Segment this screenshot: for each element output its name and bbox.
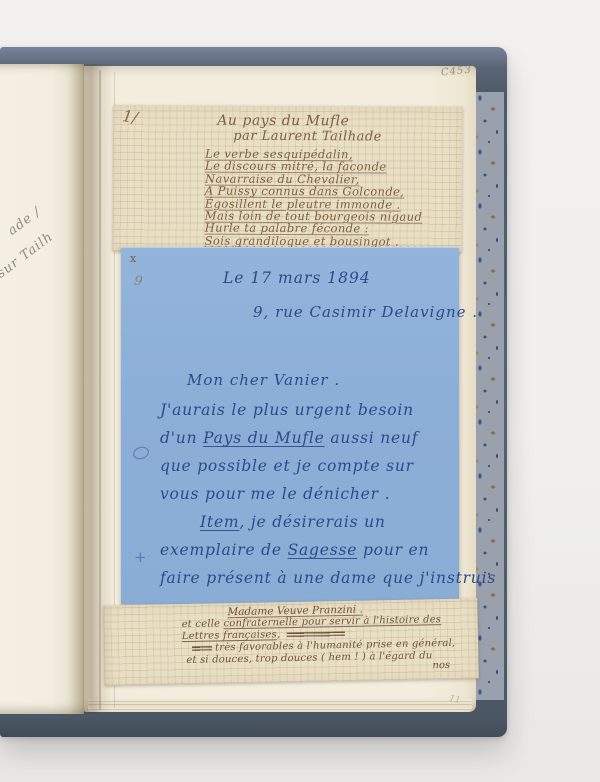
letter-body: J'aurais le plus urgent besoin d'un Pays… (160, 402, 496, 586)
letter-line: faire présent à une dame que j'instruis (160, 570, 496, 586)
letter-line: Item, je désirerais un (200, 514, 496, 530)
folio-number: 1/ (121, 106, 139, 127)
poem-title: Au pays du Mufle (217, 113, 349, 130)
letter-date: Le 17 mars 1894 (223, 269, 371, 287)
left-page-pencil-note: sur Tailh (0, 229, 56, 281)
page-stack-edge (88, 699, 472, 712)
letter-manuscript: x 9 + Le 17 mars 1894 9, rue Casimir Del… (121, 247, 459, 604)
blue-circle-mark (132, 445, 151, 461)
page-crease-line (99, 70, 101, 710)
poem-manuscript-slip: 1/ Au pays du Mufle par Laurent Tailhade… (113, 105, 463, 253)
letter-line: d'un Pays du Mufle aussi neuf (160, 430, 496, 446)
letter-address: 9, rue Casimir Delavigne . (253, 303, 478, 321)
letter-line: que possible et je compte sur (160, 458, 496, 474)
corner-pencil-mark: 11 (448, 694, 461, 706)
blue-plus-mark: + (134, 548, 147, 566)
photo-background: ade / sur Tailh C453 11 1/ Au pays du Mu… (0, 0, 600, 782)
note-slip: Madame Veuve Pranzini . et celle confrat… (103, 598, 478, 685)
letter-line: J'aurais le plus urgent besoin (160, 402, 496, 418)
left-page: ade / sur Tailh (0, 64, 84, 714)
crossed-out-word (192, 645, 212, 652)
letter-line: vous pour me le dénicher . (160, 486, 496, 502)
note-line-tail: nos (432, 660, 450, 671)
left-page-pencil-note: ade / (5, 204, 44, 238)
letter-salutation: Mon cher Vanier . (187, 371, 340, 389)
poem-lines: Le verbe sesquipédalin, Le discours mitr… (205, 148, 423, 248)
x-pencil-mark: x (130, 252, 136, 265)
poem-byline: par Laurent Tailhade (233, 129, 382, 145)
crossed-out-words (287, 630, 345, 638)
note-lines: et celle confraternelle pour servir à l'… (182, 614, 456, 667)
nine-pencil-mark: 9 (133, 273, 144, 289)
letter-line: exemplaire de Sagesse pour en (160, 542, 496, 558)
